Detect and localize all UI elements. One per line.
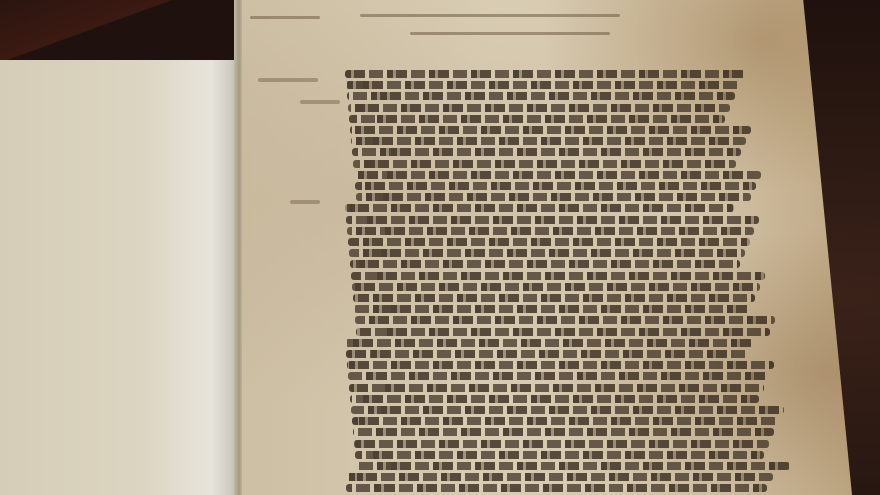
script-line (348, 238, 750, 246)
script-line (346, 81, 740, 89)
script-line (345, 339, 753, 347)
script-line (356, 193, 751, 201)
script-line (351, 272, 765, 280)
script-line (355, 182, 756, 190)
script-line (356, 328, 770, 336)
script-line (352, 283, 760, 291)
page-header-script (250, 8, 650, 48)
script-line (349, 115, 725, 123)
script-line (356, 462, 790, 470)
script-line (346, 216, 759, 224)
script-line (350, 260, 740, 268)
left-blank-page (0, 60, 240, 495)
script-line (349, 384, 764, 392)
background-corner (0, 0, 260, 60)
script-line (351, 137, 746, 145)
script-line (353, 428, 774, 436)
script-line (352, 417, 779, 425)
script-line (350, 126, 751, 134)
script-line (354, 440, 769, 448)
script-line (347, 361, 774, 369)
script-line (348, 372, 769, 380)
script-line (346, 350, 749, 358)
manuscript-photo (0, 0, 880, 495)
script-line (354, 305, 750, 313)
script-line (347, 92, 735, 100)
script-line (345, 204, 734, 212)
script-line (348, 104, 730, 112)
script-line (345, 473, 773, 481)
script-line (354, 171, 761, 179)
script-line (349, 249, 745, 257)
script-line (353, 294, 755, 302)
script-line (347, 227, 754, 235)
script-line (346, 484, 767, 492)
script-line (353, 160, 736, 168)
script-line (352, 148, 741, 156)
script-line (355, 316, 775, 324)
script-line (350, 395, 759, 403)
script-line (355, 451, 764, 459)
script-line (345, 70, 745, 78)
script-line (351, 406, 784, 414)
handwritten-text-block (345, 70, 815, 495)
